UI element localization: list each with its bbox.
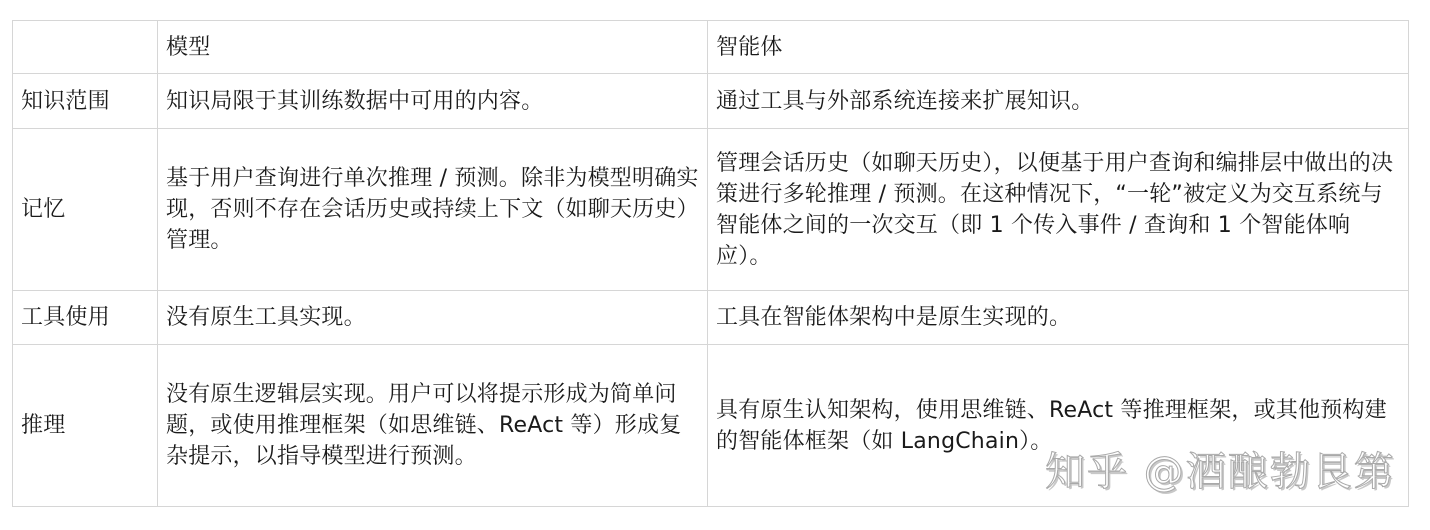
agent-cell: 具有原生认知架构，使用思维链、ReAct 等推理框架，或其他预构建的智能体框架（… [708,345,1409,507]
row-label: 记忆 [13,129,158,291]
header-cell-empty [13,21,158,74]
row-label: 知识范围 [13,74,158,129]
table-header-row: 模型 智能体 [13,21,1409,74]
table-row: 记忆 基于用户查询进行单次推理 / 预测。除非为模型明确实现，否则不存在会话历史… [13,129,1409,291]
table-row: 推理 没有原生逻辑层实现。用户可以将提示形成为简单问题，或使用推理框架（如思维链… [13,345,1409,507]
row-label: 工具使用 [13,291,158,345]
model-cell: 没有原生逻辑层实现。用户可以将提示形成为简单问题，或使用推理框架（如思维链、Re… [158,345,708,507]
agent-cell: 管理会话历史（如聊天历史），以便基于用户查询和编排层中做出的决策进行多轮推理 /… [708,129,1409,291]
comparison-table: 模型 智能体 知识范围 知识局限于其训练数据中可用的内容。 通过工具与外部系统连… [12,20,1409,507]
header-cell-agent: 智能体 [708,21,1409,74]
row-label: 推理 [13,345,158,507]
header-cell-model: 模型 [158,21,708,74]
agent-cell: 通过工具与外部系统连接来扩展知识。 [708,74,1409,129]
table-row: 工具使用 没有原生工具实现。 工具在智能体架构中是原生实现的。 [13,291,1409,345]
model-cell: 知识局限于其训练数据中可用的内容。 [158,74,708,129]
agent-cell: 工具在智能体架构中是原生实现的。 [708,291,1409,345]
table-row: 知识范围 知识局限于其训练数据中可用的内容。 通过工具与外部系统连接来扩展知识。 [13,74,1409,129]
model-cell: 基于用户查询进行单次推理 / 预测。除非为模型明确实现，否则不存在会话历史或持续… [158,129,708,291]
model-cell: 没有原生工具实现。 [158,291,708,345]
